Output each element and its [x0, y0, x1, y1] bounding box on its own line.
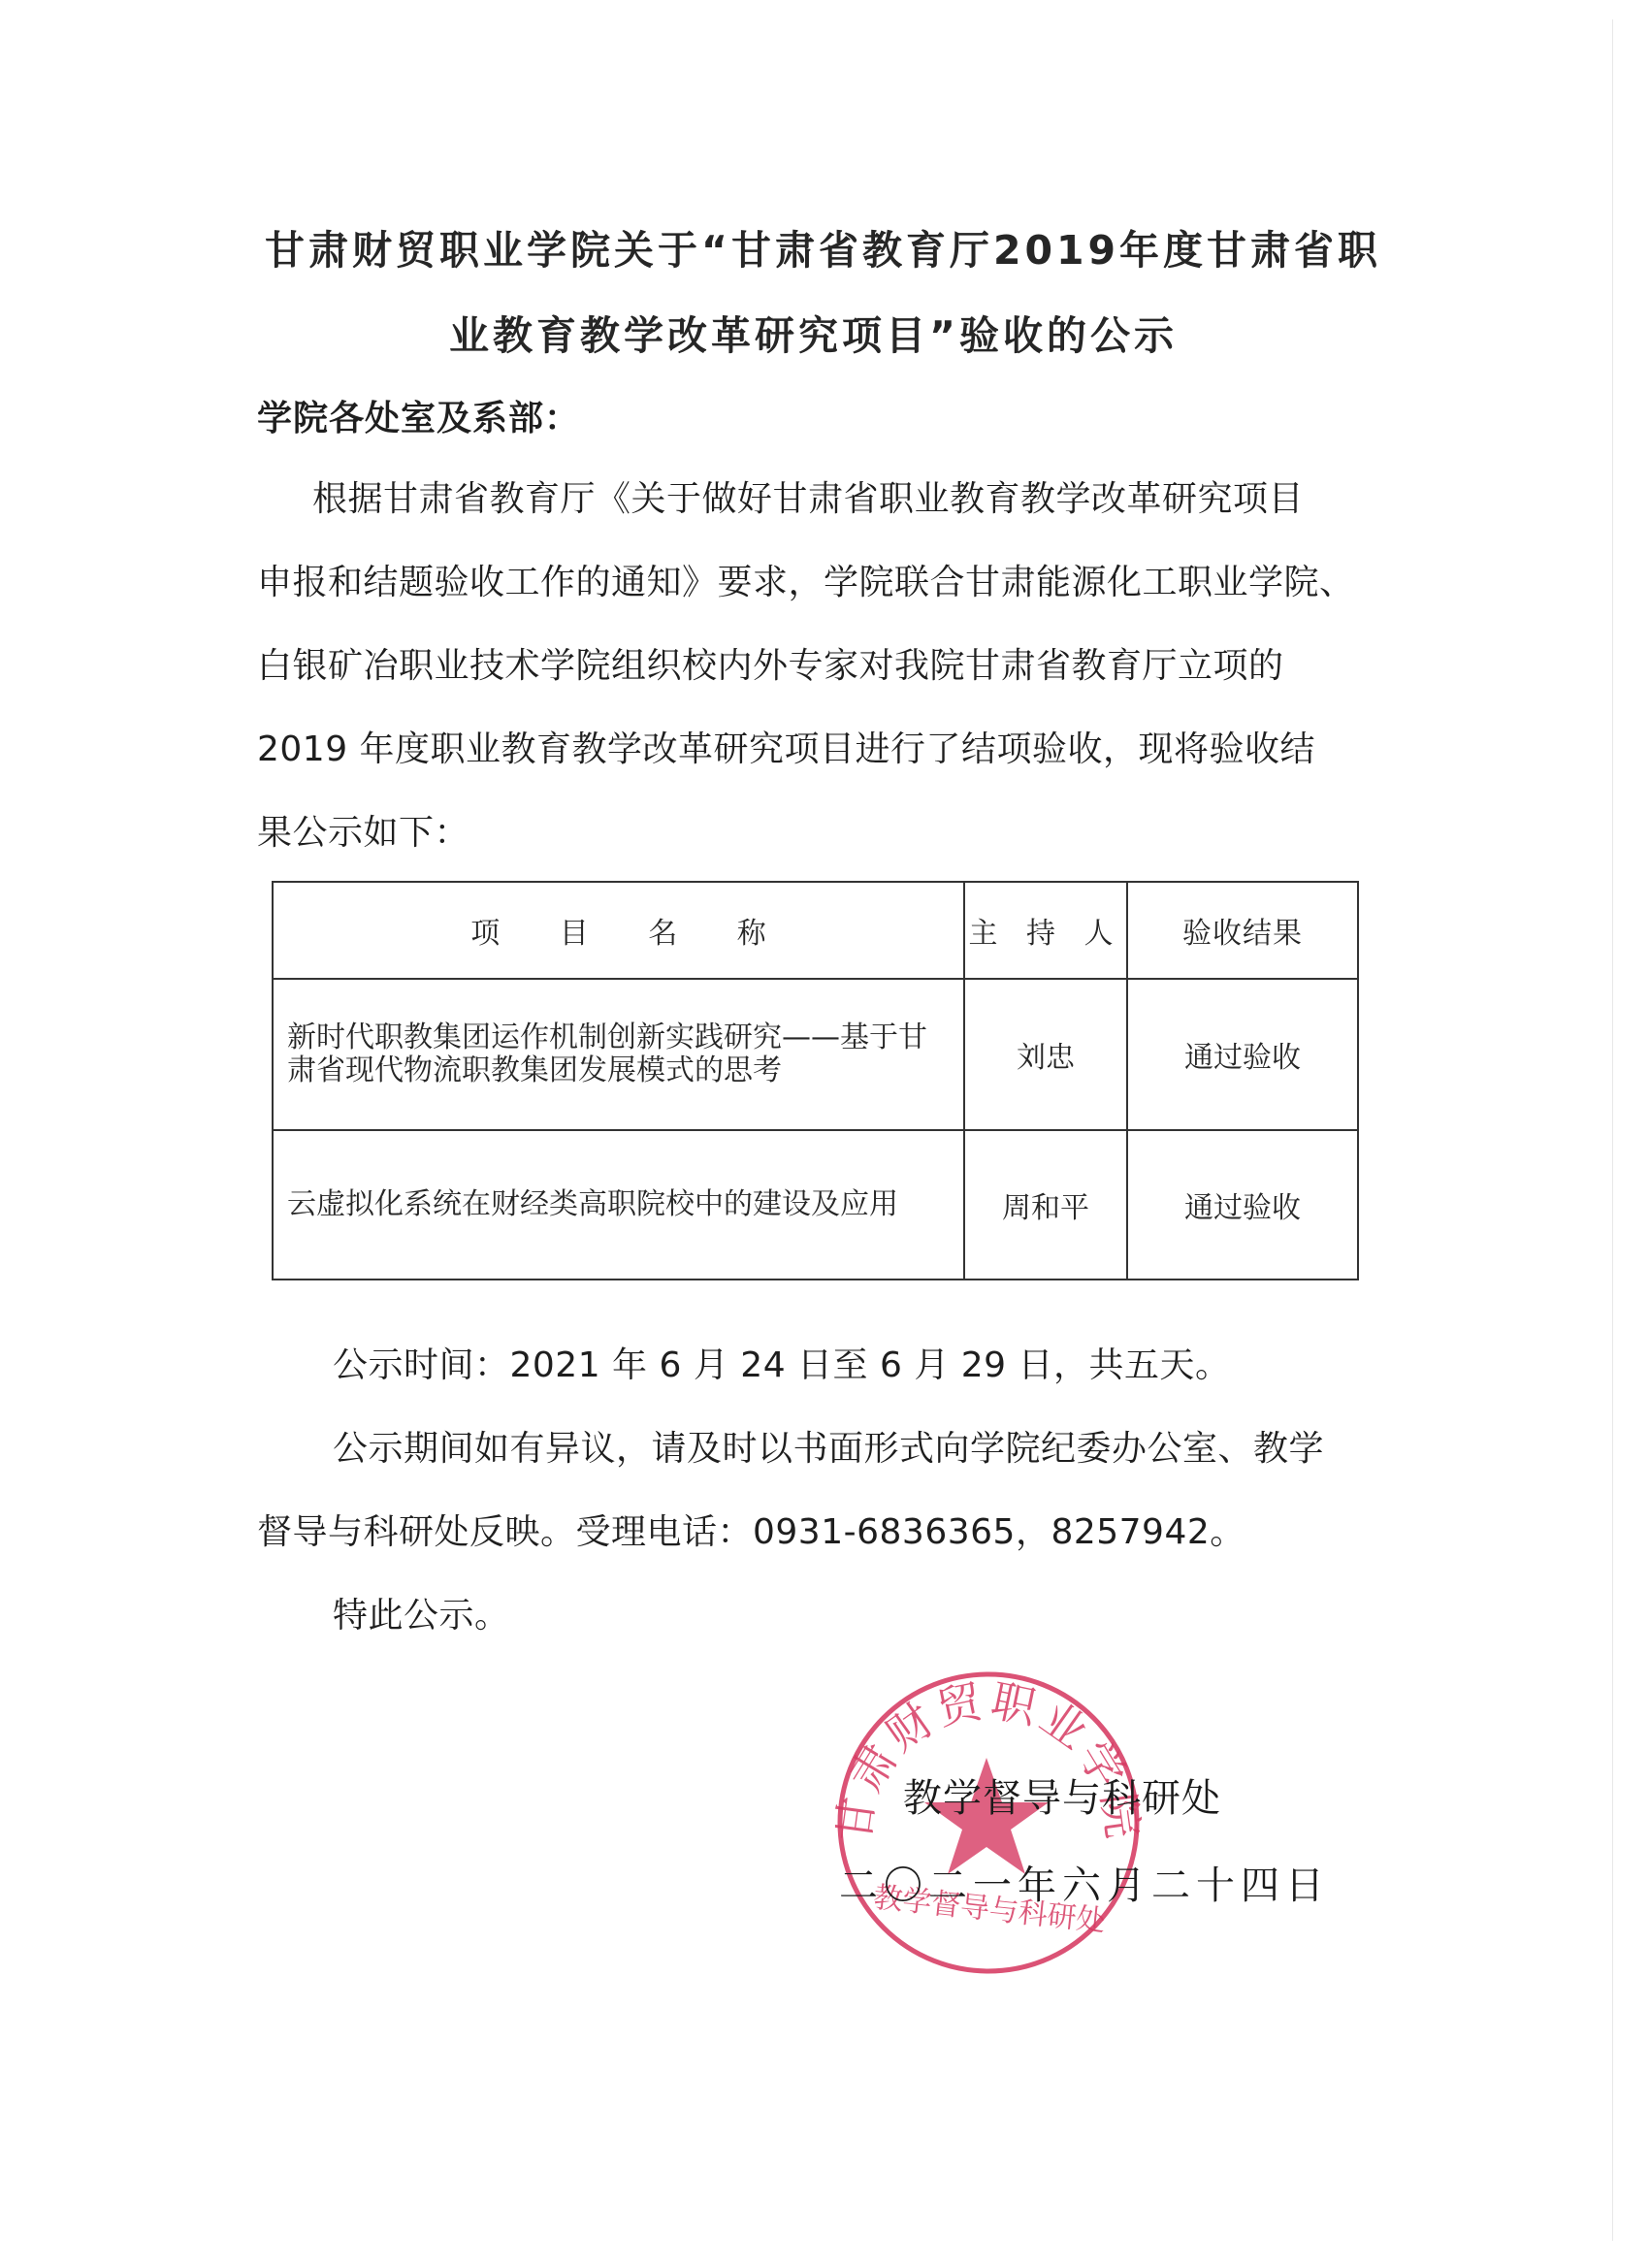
- notice-period-line: 公示时间：2021 年 6 月 24 日至 6 月 29 日，共五天。: [257, 1324, 1373, 1408]
- document-title-line-2: 业教育教学改革研究项目”验收的公示: [449, 311, 1178, 360]
- notice-contact-line: 督导与科研处反映。受理电话：0931-6836365，8257942。: [257, 1491, 1373, 1574]
- intro-line: 果公示如下：: [257, 792, 1373, 875]
- notice-paragraphs: 公示时间：2021 年 6 月 24 日至 6 月 29 日，共五天。 公示期间…: [257, 1324, 1373, 1658]
- intro-line: 白银矿冶职业技术学院组织校内外专家对我院甘肃省教育厅立项的: [257, 625, 1373, 708]
- intro-line: 2019 年度职业教育教学改革研究项目进行了结项验收，现将验收结: [257, 708, 1373, 792]
- table-row: 云虚拟化系统在财经类高职院校中的建设及应用 周和平 通过验收: [273, 1130, 1358, 1280]
- results-table: 项 目 名 称 主 持 人 验收结果 新时代职教集团运作机制创新实践研究——基于…: [272, 881, 1359, 1280]
- signature-date: 二〇二一年六月二十四日: [839, 1863, 1330, 1909]
- notice-closing-line: 特此公示。: [257, 1574, 1373, 1658]
- header-host: 主 持 人: [964, 882, 1127, 979]
- cell-project-name: 云虚拟化系统在财经类高职院校中的建设及应用: [273, 1130, 964, 1280]
- cell-result: 通过验收: [1127, 1130, 1358, 1280]
- signature-department: 教学督导与科研处: [903, 1775, 1221, 1822]
- document-title-line-1: 甘肃财贸职业学院关于“甘肃省教育厅2019年度甘肃省职: [265, 226, 1381, 275]
- cell-result: 通过验收: [1127, 979, 1358, 1130]
- table-row: 新时代职教集团运作机制创新实践研究——基于甘肃省现代物流职教集团发展模式的思考 …: [273, 979, 1358, 1130]
- notice-objection-line: 公示期间如有异议，请及时以书面形式向学院纪委办公室、教学: [257, 1408, 1373, 1491]
- intro-line: 根据甘肃省教育厅《关于做好甘肃省职业教育教学改革研究项目: [257, 458, 1373, 541]
- cell-project-name: 新时代职教集团运作机制创新实践研究——基于甘肃省现代物流职教集团发展模式的思考: [273, 979, 964, 1130]
- salutation: 学院各处室及系部：: [257, 398, 580, 440]
- header-result: 验收结果: [1127, 882, 1358, 979]
- header-project-name: 项 目 名 称: [273, 882, 964, 979]
- intro-line: 申报和结题验收工作的通知》要求，学院联合甘肃能源化工职业学院、: [257, 541, 1373, 625]
- intro-paragraph: 根据甘肃省教育厅《关于做好甘肃省职业教育教学改革研究项目 申报和结题验收工作的通…: [257, 458, 1373, 875]
- scan-artifact-line: [1612, 19, 1613, 2241]
- cell-host: 刘忠: [964, 979, 1127, 1130]
- official-seal-stamp: 甘肃财贸职业学院 教学督导与科研处: [835, 1669, 1142, 1977]
- table-header-row: 项 目 名 称 主 持 人 验收结果: [273, 882, 1358, 979]
- cell-host: 周和平: [964, 1130, 1127, 1280]
